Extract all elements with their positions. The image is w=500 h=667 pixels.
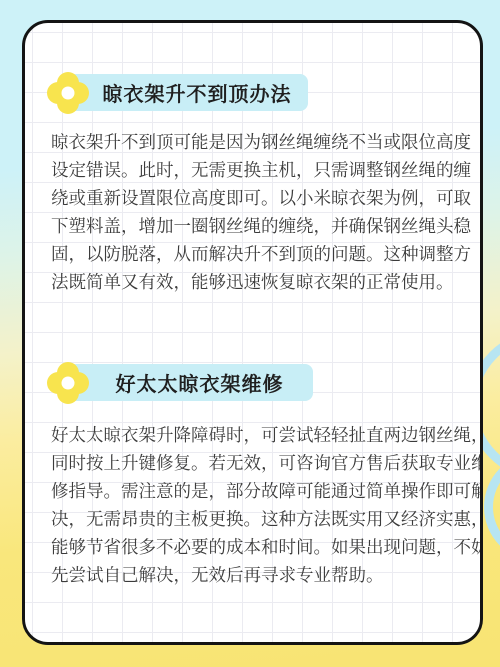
body-line: 设定错误。此时，无需更换主机，只需调整钢丝绳的缠 — [51, 157, 467, 185]
body-line: 决，无需昂贵的主板更换。这种方法既实用又经济实惠， — [51, 506, 467, 534]
body-line: 能够节省很多不必要的成本和时间。如果出现问题，不妨 — [51, 534, 467, 562]
body-line: 法既简单又有效，能够迅速恢复晾衣架的正常使用。 — [51, 269, 467, 297]
body-line: 固，以防脱落，从而解决升不到顶的问题。这种调整方 — [51, 241, 467, 269]
flower-icon — [46, 361, 90, 405]
section-heading-bar: 晾衣架升不到顶办法 — [68, 74, 308, 111]
page-background: 晾衣架升不到顶办法 晾衣架升不到顶可能是因为钢丝绳缠绕不当或限位高度 设定错误。… — [0, 0, 500, 667]
body-line: 修指导。需注意的是，部分故障可能通过简单操作即可解 — [51, 478, 467, 506]
body-line: 好太太晾衣架升降障碍时，可尝试轻轻扯直两边钢丝绳， — [51, 422, 467, 450]
section-heading: 好太太晾衣架维修 — [116, 368, 284, 397]
flower-icon — [46, 71, 90, 115]
body-line: 同时按上升键修复。若无效，可咨询官方售后获取专业维 — [51, 450, 467, 478]
decor-ring-icon — [484, 452, 500, 562]
body-line: 晾衣架升不到顶可能是因为钢丝绳缠绕不当或限位高度 — [51, 129, 467, 157]
section-heading-bar: 好太太晾衣架维修 — [68, 364, 313, 401]
body-line: 先尝试自己解决，无效后再寻求专业帮助。 — [51, 562, 467, 590]
body-line: 下塑料盖，增加一圈钢丝绳的缠绕，并确保钢丝绳头稳 — [51, 213, 467, 241]
body-line: 绕或重新设置限位高度即可。以小米晾衣架为例，可取 — [51, 185, 467, 213]
section-body: 晾衣架升不到顶可能是因为钢丝绳缠绕不当或限位高度 设定错误。此时，无需更换主机，… — [51, 129, 467, 297]
section-heading: 晾衣架升不到顶办法 — [103, 78, 292, 107]
section-body: 好太太晾衣架升降障碍时，可尝试轻轻扯直两边钢丝绳， 同时按上升键修复。若无效，可… — [51, 422, 467, 590]
content-card: 晾衣架升不到顶办法 晾衣架升不到顶可能是因为钢丝绳缠绕不当或限位高度 设定错误。… — [22, 20, 483, 645]
